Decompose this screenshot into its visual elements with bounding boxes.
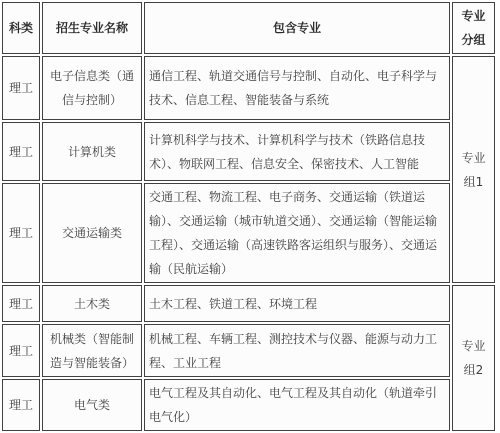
cell-category: 理工 [2, 122, 40, 181]
cell-category: 理工 [2, 324, 40, 377]
cell-category: 理工 [2, 183, 40, 283]
cell-major-group-2: 专业组2 [452, 285, 495, 431]
cell-category: 理工 [2, 379, 40, 431]
cell-category: 理工 [2, 56, 40, 120]
cell-included-majors: 机械工程、车辆工程、测控技术与仪器、能源与动力工程、工业工程 [144, 324, 450, 377]
table-row-transportation: 理工 交通运输类 交通工程、物流工程、电子商务、交通运输（铁道运输）、交通运输（… [2, 183, 495, 283]
table-row-electrical: 理工 电气类 电气工程及其自动化、电气工程及其自动化（轨道牵引电气化） [2, 379, 495, 431]
cell-major-name: 电子信息类（通信与控制） [42, 56, 142, 120]
cell-included-majors: 土木工程、铁道工程、环境工程 [144, 285, 450, 322]
enrollment-majors-table: 科类 招生专业名称 包含专业 专业分组 理工 电子信息类（通信与控制） 通信工程… [0, 0, 497, 433]
cell-major-name: 计算机类 [42, 122, 142, 181]
header-included-majors: 包含专业 [144, 2, 450, 54]
cell-major-name: 土木类 [42, 285, 142, 322]
table-row-computer: 理工 计算机类 计算机科学与技术、计算机科学与技术（铁路信息技术）、物联网工程、… [2, 122, 495, 181]
header-category: 科类 [2, 2, 40, 54]
cell-major-name: 机械类（智能制造与智能装备） [42, 324, 142, 377]
cell-major-name: 电气类 [42, 379, 142, 431]
table-row-civil-engineering: 理工 土木类 土木工程、铁道工程、环境工程 专业组2 [2, 285, 495, 322]
cell-category: 理工 [2, 285, 40, 322]
table-row-electronic-info: 理工 电子信息类（通信与控制） 通信工程、轨道交通信号与控制、自动化、电子科学与… [2, 56, 495, 120]
cell-major-name: 交通运输类 [42, 183, 142, 283]
cell-included-majors: 计算机科学与技术、计算机科学与技术（铁路信息技术）、物联网工程、信息安全、保密技… [144, 122, 450, 181]
table-header-row: 科类 招生专业名称 包含专业 专业分组 [2, 2, 495, 54]
header-major-name: 招生专业名称 [42, 2, 142, 54]
cell-included-majors: 通信工程、轨道交通信号与控制、自动化、电子科学与技术、信息工程、智能装备与系统 [144, 56, 450, 120]
header-major-group: 专业分组 [452, 2, 495, 54]
table-row-mechanical: 理工 机械类（智能制造与智能装备） 机械工程、车辆工程、测控技术与仪器、能源与动… [2, 324, 495, 377]
cell-included-majors: 交通工程、物流工程、电子商务、交通运输（铁道运输）、交通运输（城市轨道交通）、交… [144, 183, 450, 283]
cell-included-majors: 电气工程及其自动化、电气工程及其自动化（轨道牵引电气化） [144, 379, 450, 431]
cell-major-group-1: 专业组1 [452, 56, 495, 283]
